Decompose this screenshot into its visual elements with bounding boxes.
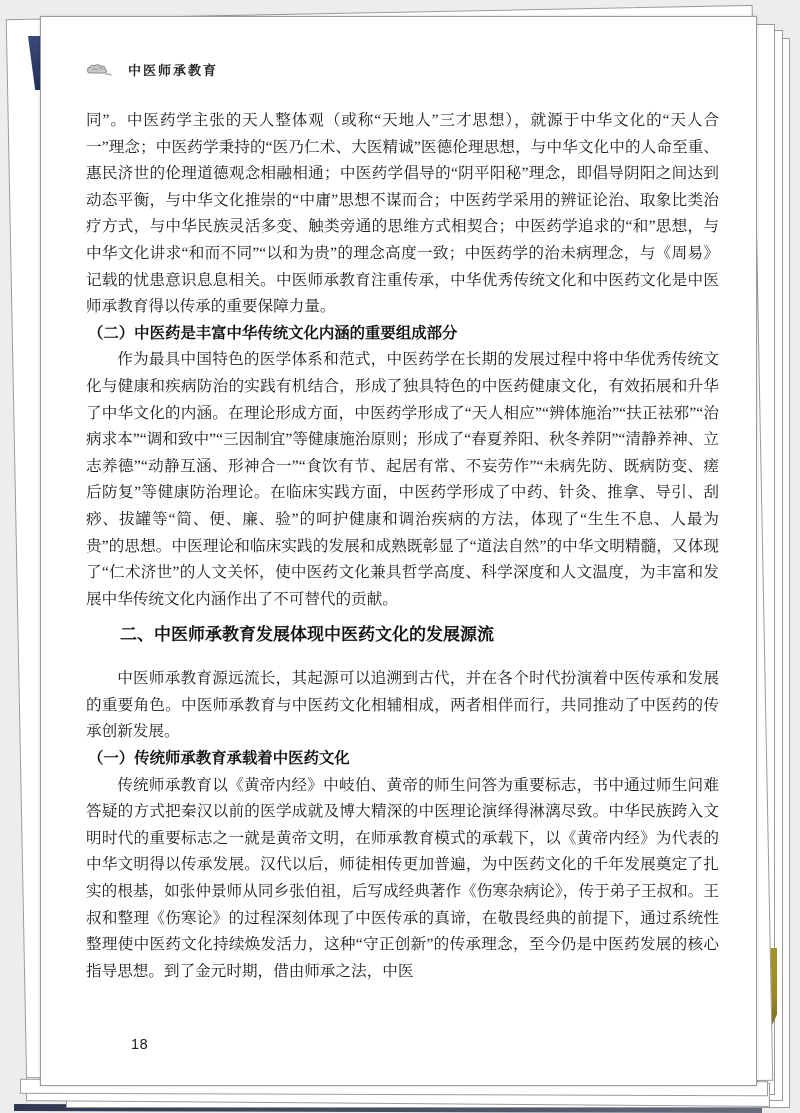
page-sheet: 中医师承教育 同”。中医药学主张的天人整体观（或称“天地人”三才思想），就源于中…	[40, 16, 757, 1086]
paragraph-4: 传统师承教育以《黄帝内经》中岐伯、黄帝的师生问答为重要标志，书中通过师生问难答疑…	[86, 773, 719, 986]
cloud-logo-icon	[86, 62, 116, 77]
paragraph-3: 中医师承教育源远流长，其起源可以追溯到古代，并在各个时代扮演着中医传承和发展的重…	[86, 666, 719, 746]
running-title: 中医师承教育	[128, 60, 218, 79]
paragraph-2: 作为最具中国特色的医学体系和范式，中医药学在长期的发展过程中将中华优秀传统文化与…	[86, 347, 719, 613]
subsection-heading-1: （一）传统师承教育承载着中医药文化	[86, 746, 719, 773]
page-content-area: 中医师承教育 同”。中医药学主张的天人整体观（或称“天地人”三才思想），就源于中…	[86, 17, 719, 1085]
running-header: 中医师承教育	[86, 59, 218, 79]
page-number: 18	[131, 1037, 148, 1053]
body-text: 同”。中医药学主张的天人整体观（或称“天地人”三才思想），就源于中华文化的“天人…	[86, 108, 719, 985]
subsection-heading-2: （二）中医药是丰富中华传统文化内涵的重要组成部分	[86, 321, 719, 348]
section-heading: 二、中医师承教育发展体现中医药文化的发展源流	[86, 623, 719, 647]
paragraph-continued: 同”。中医药学主张的天人整体观（或称“天地人”三才思想），就源于中华文化的“天人…	[86, 108, 719, 321]
